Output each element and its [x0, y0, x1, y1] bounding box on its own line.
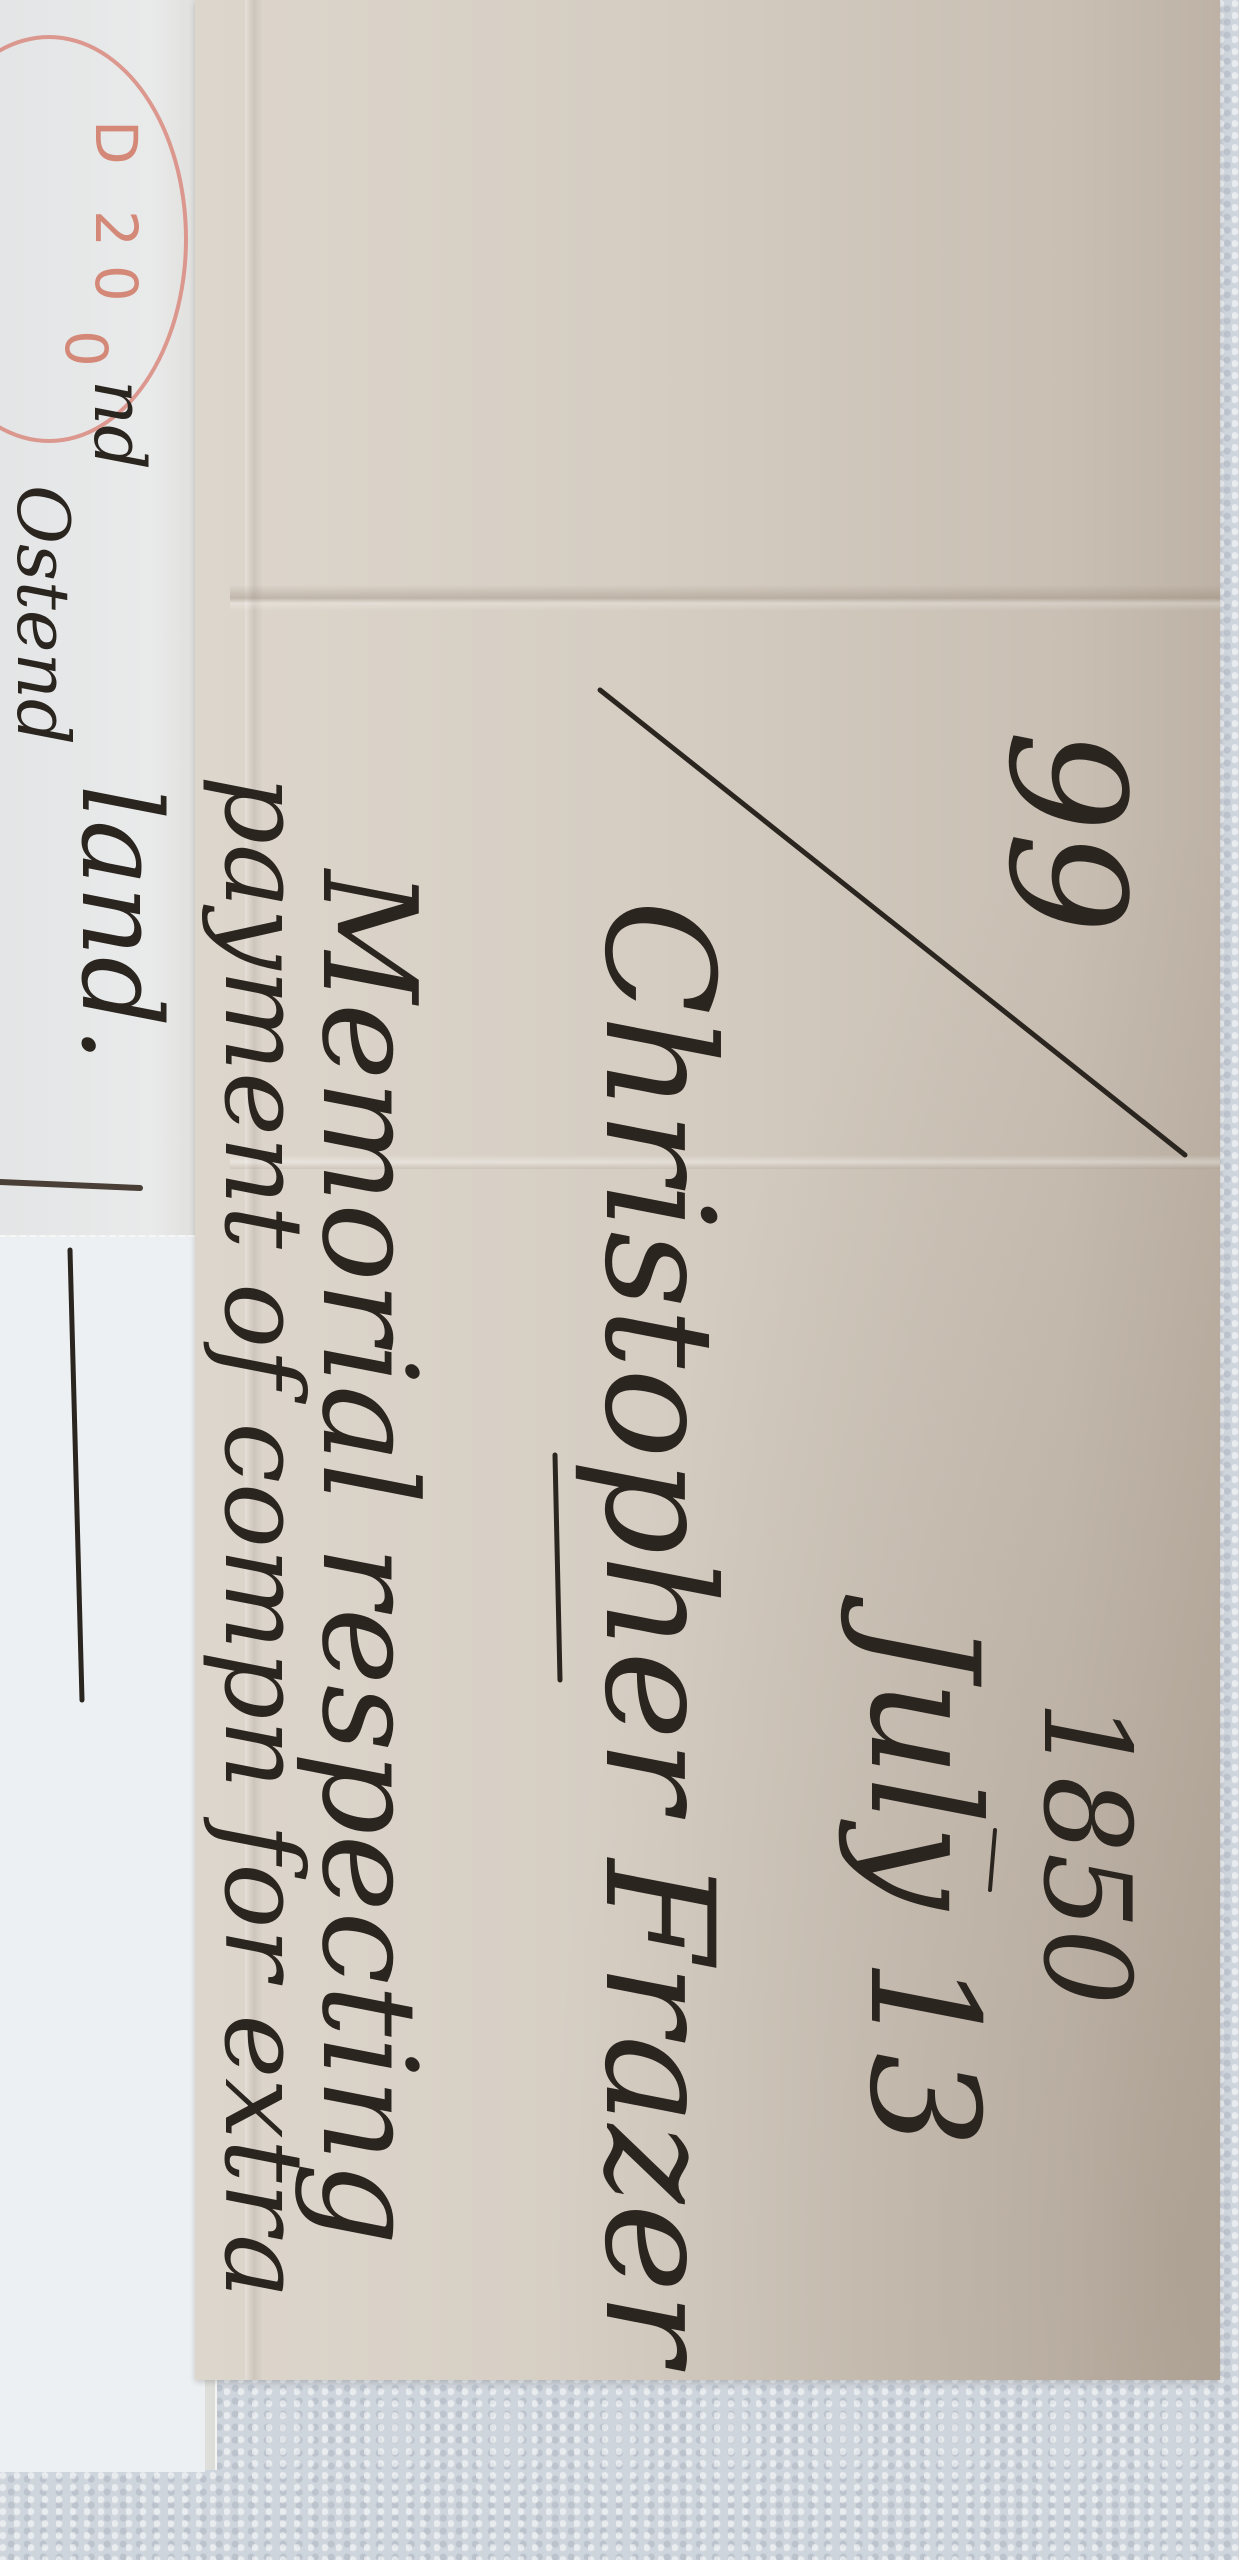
docket-name: Christopher Frazer	[571, 900, 745, 2364]
docket-subject-line-3: land.	[57, 785, 185, 1062]
postmark-line-2: 20	[82, 210, 150, 320]
docket-reference-number: 99	[973, 730, 1160, 934]
postmark-line-1: D	[82, 120, 150, 183]
postmark-line-3: 0	[52, 330, 120, 385]
docket-year: 1850	[1016, 1700, 1155, 2005]
docket-subject-line-2: payment of compn for extra	[200, 775, 325, 2299]
left-text-nd: nd	[78, 380, 160, 470]
docket-date: July 13	[836, 1620, 1010, 2148]
horizontal-fold-crease	[230, 585, 1220, 611]
left-text-ostend: Ostend	[1, 485, 85, 745]
left-paper-lower-flap	[0, 1235, 205, 2472]
